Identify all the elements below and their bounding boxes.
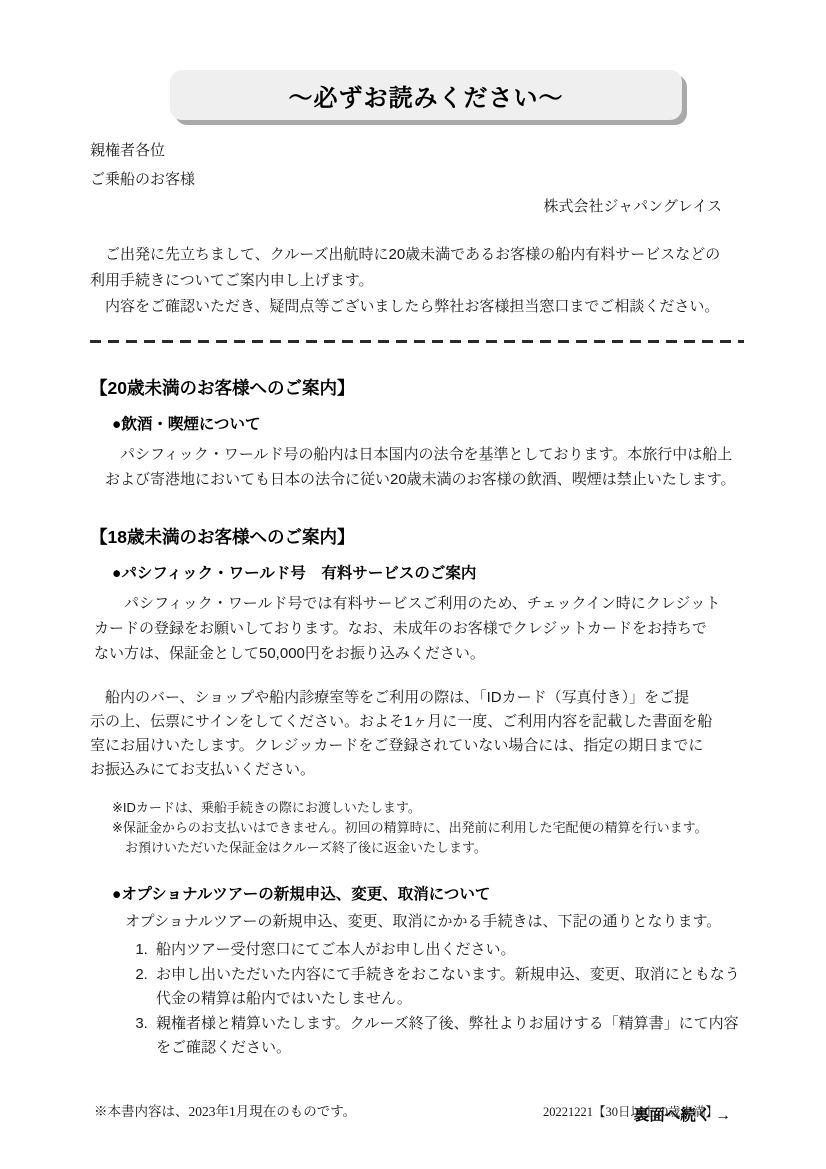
salutation-line-passengers: ご乗船のお客様 [90, 165, 746, 194]
salutation-line-guardians: 親権者各位 [90, 136, 746, 165]
subsection-heading-optional-tour: ●オプショナルツアーの新規申込、変更、取消について [112, 882, 746, 904]
tour-step-1: 船内ツアー受付窓口にてご本人がお申し出ください。 [152, 938, 746, 963]
section-heading-under20: 【20歳未満のお客様へのご案内】 [90, 375, 746, 400]
optional-tour-steps: 船内ツアー受付窓口にてご本人がお申し出ください。 お申し出いただいた内容にて手続… [90, 938, 746, 1061]
footer-document-code: 20221221【30日以上20歳未満】 [543, 1102, 718, 1120]
page-title: ～必ずお読みください～ [289, 78, 564, 113]
paid-services-paragraph-2: 船内のバー、ショップや船内診療室等をご利用の際は、「IDカード（写真付き）」をご… [90, 686, 746, 782]
tour-step-2: お申し出いただいた内容にて手続きをおこないます。新規申込、変更、取消にともなう … [152, 963, 746, 1012]
footer-note: ※本書内容は、2023年1月現在のものです。 [94, 1100, 356, 1120]
page-footer: ※本書内容は、2023年1月現在のものです。 20221221【30日以上20歳… [94, 1100, 718, 1120]
under20-body-paragraph: パシフィック・ワールド号の船内は日本国内の法令を基準としております。本旅行中は船… [105, 442, 746, 492]
subsection-heading-paid-services: ●パシフィック・ワールド号 有料サービスのご案内 [112, 561, 746, 583]
document-page: ～必ずお読みください～ 親権者各位 ご乗船のお客様 株式会社ジャパングレイス ご… [0, 0, 826, 1169]
title-banner: ～必ずお読みください～ [170, 70, 682, 120]
salutation-block: 親権者各位 ご乗船のお客様 [90, 136, 746, 194]
disclaimer-notes: ※IDカードは、乗船手続きの際にお渡しいたします。 ※保証金からのお支払いはでき… [112, 798, 746, 858]
paid-services-paragraph-1: パシフィック・ワールド号では有料サービスご利用のため、チェックイン時にクレジット… [94, 591, 746, 666]
intro-paragraph: ご出発に先立ちまして、クルーズ出航時に20歳未満であるお客様の船内有料サービスな… [90, 242, 746, 320]
company-name: 株式会社ジャパングレイス [90, 195, 746, 216]
tour-step-3: 親権者様と精算いたします。クルーズ終了後、弊社よりお届けする「精算書」にて内容 … [152, 1012, 746, 1061]
section-heading-under18: 【18歳未満のお客様へのご案内】 [90, 524, 746, 549]
document-content: 親権者各位 ご乗船のお客様 株式会社ジャパングレイス ご出発に先立ちまして、クル… [0, 136, 826, 1125]
subsection-heading-drinking-smoking: ●飲酒・喫煙について [112, 412, 746, 434]
dashed-divider [90, 340, 744, 343]
optional-tour-intro: オプショナルツアーの新規申込、変更、取消にかかる手続きは、下記の通りとなります。 [125, 910, 746, 934]
